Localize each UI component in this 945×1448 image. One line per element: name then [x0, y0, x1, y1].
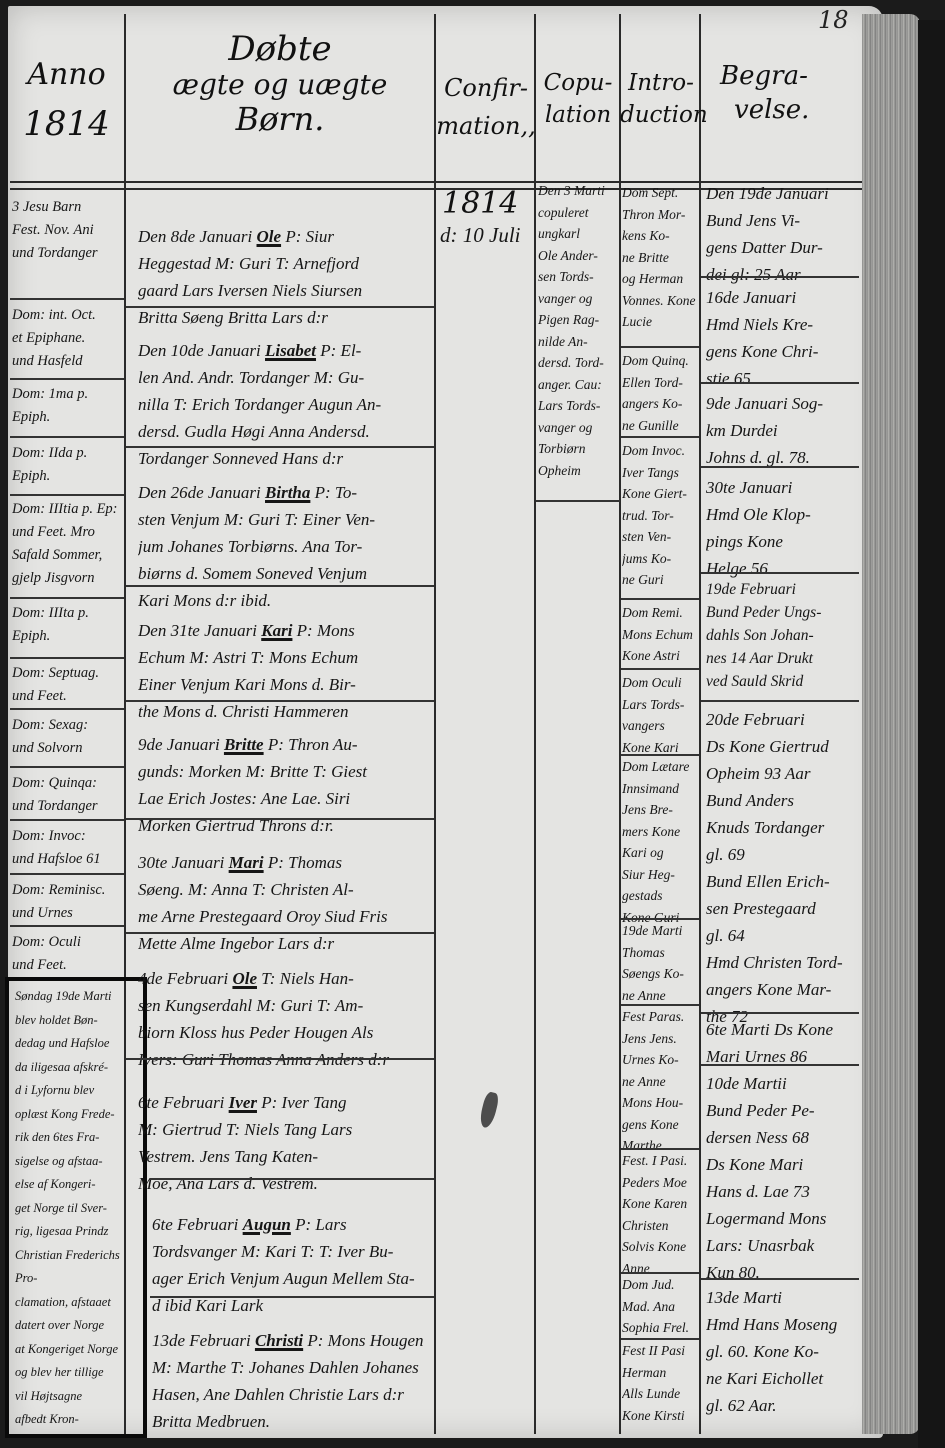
baptism-date: Den 8de Januari [138, 227, 252, 246]
header-introduction-line2: duction [620, 102, 702, 128]
row-rule [10, 436, 124, 438]
introduction-entry: Dom Remi. Mons Echum Kone Astri [622, 602, 700, 667]
row-rule [701, 466, 859, 468]
header-dobte-line1: Døbte [150, 30, 410, 69]
introduction-entry: Fest II Pasi Herman Alls Lunde Kone Kirs… [622, 1340, 700, 1426]
confirmation-year: 1814 [442, 186, 518, 221]
row-rule [126, 306, 434, 308]
introduction-entry: Fest Paras. Jens Jens. Urnes Ko- ne Anne… [622, 1006, 700, 1157]
column-rule-confirmation [534, 14, 536, 1434]
row-rule [10, 766, 124, 768]
row-rule [10, 657, 124, 659]
row-rule [126, 700, 434, 702]
column-rule-dobte [434, 14, 436, 1434]
introduction-entry: Dom Quinq. Ellen Tord- angers Ko- ne Gun… [622, 350, 700, 436]
baptism-child-name: Augun [243, 1215, 291, 1234]
baptism-entry: Den 10de Januari Lisabet P: El- len And.… [138, 310, 430, 472]
row-rule [621, 346, 699, 348]
row-rule [126, 585, 434, 587]
burial-entry: 13de Marti Hmd Hans Moseng gl. 60. Kone … [706, 1284, 858, 1419]
baptism-child-name: Lisabet [265, 341, 316, 360]
baptism-entry: 6te Februari Iver P: Iver Tang M: Giertr… [138, 1062, 430, 1197]
header-anno-year: 1814 [14, 105, 119, 144]
row-rule [10, 873, 124, 875]
row-rule [10, 378, 124, 380]
header-confirmation-line2: mation,, [436, 113, 536, 141]
row-rule [621, 436, 699, 438]
baptism-date: 6te Februari [138, 1093, 224, 1112]
baptism-date: Den 31te Januari [138, 621, 257, 640]
anno-entry: Dom: Oculi und Feet. [12, 931, 122, 979]
burial-entry: 9de Januari Sog- km Durdei Johns d. gl. … [706, 390, 858, 471]
row-rule [10, 925, 124, 927]
row-rule [621, 598, 699, 600]
introduction-entry: Fest. I Pasi. Peders Moe Kone Karen Chri… [622, 1150, 700, 1279]
burial-entry: 20de Februari Ds Kone Giertrud Opheim 93… [706, 706, 858, 1030]
baptism-child-name: Birtha [265, 483, 310, 502]
baptism-child-name: Ole [257, 227, 282, 246]
baptism-details: P: El- len And. Andr. Tordanger M: Gu- n… [138, 341, 381, 468]
anno-entry: Dom: Septuag. und Feet. [12, 662, 122, 710]
header-introduction: Intro- duction [620, 70, 702, 129]
anno-entry: Dom: Quinqa: und Tordanger [12, 772, 122, 820]
header-begravelse-line2: velse. [720, 96, 830, 126]
introduction-entry: Dom Lætare Innsimand Jens Bre- mers Kone… [622, 756, 700, 928]
baptism-date: 9de Januari [138, 735, 220, 754]
baptism-date: Den 10de Januari [138, 341, 261, 360]
header-confirmation: Confir- mation,, [436, 75, 536, 140]
baptism-date: 30te Januari [138, 853, 224, 872]
header-begravelse-line1: Begra- [720, 62, 830, 92]
introduction-entry: Dom Oculi Lars Tords- vangers Kone Kari [622, 672, 700, 758]
header-dobte-line3: Børn. [150, 101, 410, 138]
header-anno: Anno 1814 [14, 58, 119, 144]
anno-entry: Dom: Invoc: und Hafsloe 61 [12, 825, 122, 873]
baptism-child-name: Iver [229, 1093, 257, 1112]
book-page-edges [862, 14, 920, 1434]
burial-entry: 30te Januari Hmd Ole Klop- pings Kone He… [706, 474, 858, 582]
confirmation-date: d: 10 Juli [440, 222, 534, 249]
introduction-entry: 19de Marti Thomas Søengs Ko- ne Anne [622, 920, 700, 1006]
row-rule [621, 668, 699, 670]
burial-entry: Den 19de Januari Bund Jens Vi- gens Datt… [706, 180, 858, 288]
baptism-child-name: Kari [261, 621, 292, 640]
margin-note-box: Søndag 19de Marti blev holdet Bøn- dedag… [5, 977, 147, 1438]
header-begravelse: Begra- velse. [720, 62, 830, 126]
row-rule [10, 819, 124, 821]
row-rule [701, 700, 859, 702]
anno-entry: Dom: IIda p. Epiph. und Urnes [12, 442, 122, 490]
anno-entry: Dom: IIIta p. Epiph. und Hafsloe. [12, 602, 122, 650]
row-rule [701, 572, 859, 574]
scan-border [918, 20, 945, 1448]
header-confirmation-line1: Confir- [436, 75, 536, 103]
row-rule [536, 500, 620, 502]
anno-entry: 3 Jesu Barn Fest. Nov. Ani und Tordanger [12, 196, 122, 280]
row-rule [126, 1058, 434, 1060]
introduction-entry: Dom Sept. Thron Mor- kens Ko- ne Britte … [622, 182, 700, 333]
row-rule [126, 818, 434, 820]
introduction-entry: Dom Jud. Mad. Ana Sophia Frel. [622, 1274, 700, 1339]
baptism-child-name: Christi [255, 1331, 303, 1350]
anno-entry: Dom: 1ma p. Epiph. und Hafsloe. [12, 383, 122, 431]
row-rule [10, 494, 124, 496]
burial-entry: 16de Januari Hmd Niels Kre- gens Kone Ch… [706, 284, 858, 392]
margin-note-text: Søndag 19de Marti blev holdet Bøn- dedag… [15, 985, 143, 1435]
header-copulation-line2: lation [536, 102, 620, 128]
row-rule [126, 446, 434, 448]
header-copulation-line1: Copu- [536, 70, 620, 96]
baptism-date: 4de Februari [138, 969, 228, 988]
anno-entry: Dom: int. Oct. et Epiphane. und Hasfeld [12, 304, 122, 370]
header-dobte-line2: ægte og uægte [150, 69, 410, 101]
row-rule [10, 597, 124, 599]
anno-entry: Dom: Sexag: und Solvorn [12, 714, 122, 762]
anno-entry: Dom: Reminisc. und Urnes [12, 879, 122, 927]
baptism-date: 13de Februari [152, 1331, 251, 1350]
anno-entry: Dom: IIItia p. Ep: und Feet. Mro Safald … [12, 498, 122, 592]
baptism-child-name: Britte [224, 735, 264, 754]
header-dobte: Døbte ægte og uægte Børn. [150, 30, 410, 138]
row-rule [701, 1064, 859, 1066]
baptism-date: 6te Februari [152, 1215, 238, 1234]
row-rule [701, 276, 859, 278]
row-rule [701, 1278, 859, 1280]
baptism-child-name: Ole [232, 969, 257, 988]
page-number: 18 [818, 6, 849, 34]
row-rule [10, 298, 124, 300]
row-rule [150, 1296, 434, 1298]
row-rule [701, 382, 859, 384]
marriage-entry: Den 3 Marti copuleret ungkarl Ole Ander-… [538, 180, 620, 481]
baptism-entry: 6te Februari Augun P: Lars Tordsvanger M… [152, 1184, 432, 1319]
row-rule [150, 1178, 434, 1180]
header-copulation: Copu- lation [536, 70, 620, 129]
baptism-entry: 13de Februari Christi P: Mons Hougen M: … [152, 1300, 434, 1435]
header-introduction-line1: Intro- [620, 70, 702, 96]
row-rule [126, 932, 434, 934]
baptism-date: Den 26de Januari [138, 483, 261, 502]
baptism-child-name: Mari [229, 853, 264, 872]
baptism-entry: 4de Februari Ole T: Niels Han- sen Kungs… [138, 938, 430, 1073]
burial-entry: 10de Martii Bund Peder Pe- dersen Ness 6… [706, 1070, 858, 1286]
row-rule [701, 1012, 859, 1014]
introduction-entry: Dom Invoc. Iver Tangs Kone Giert- trud. … [622, 440, 700, 591]
burial-entry: 6te Marti Ds Kone Mari Urnes 86 [706, 1016, 858, 1070]
baptism-entry: 30te Januari Mari P: Thomas Søeng. M: An… [138, 822, 430, 957]
header-anno-label: Anno [14, 58, 119, 93]
row-rule [10, 708, 124, 710]
burial-entry: 19de Februari Bund Peder Ungs- dahls Son… [706, 578, 858, 693]
